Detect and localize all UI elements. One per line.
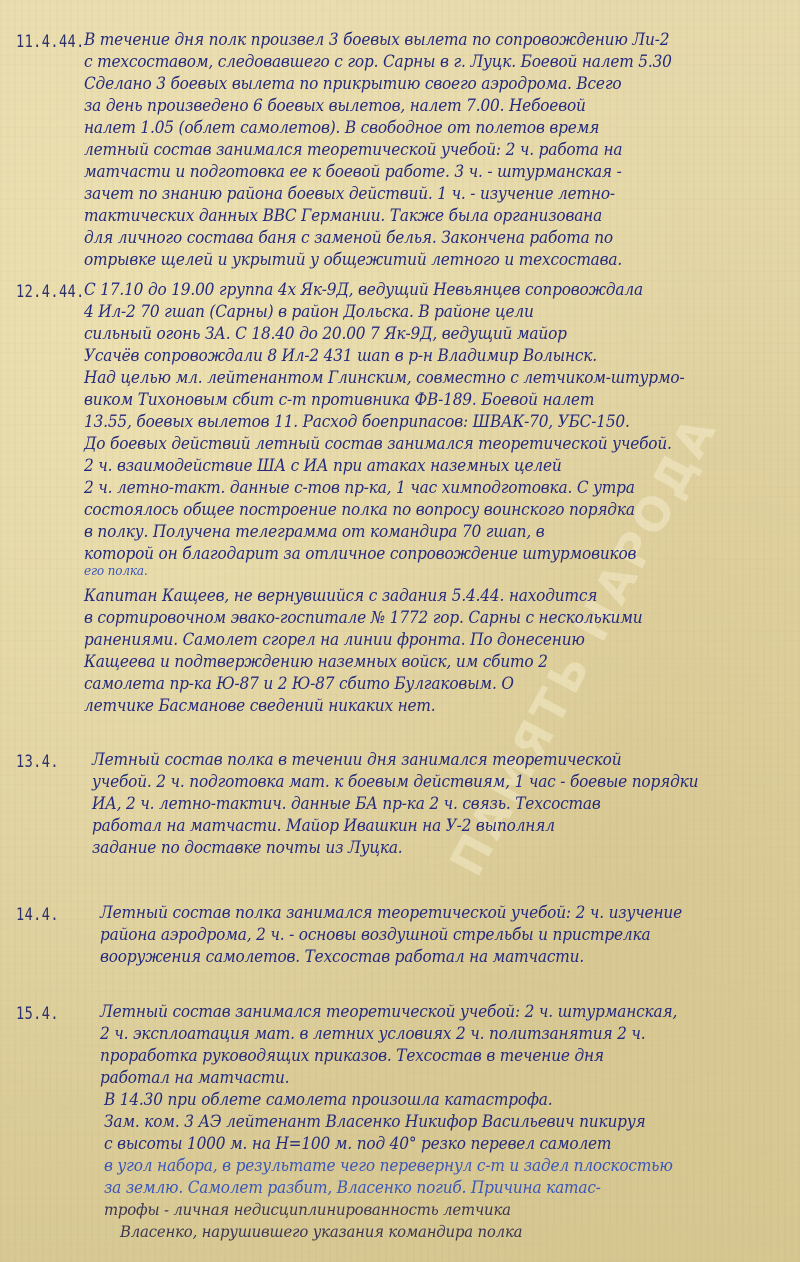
entry-line: До боевых действий летный состав занимал… <box>84 434 672 453</box>
entry-date: 13.4. <box>16 752 59 772</box>
entry-line: виком Тихоновым сбит с-т противника ФВ-1… <box>84 390 594 409</box>
entry-line: трофы - личная недисциплинированность ле… <box>104 1200 511 1219</box>
entry-line: матчасти и подготовка ее к боевой работе… <box>84 162 622 181</box>
entry-line: которой он благодарит за отличное сопров… <box>84 544 636 563</box>
entry-line: Летный состав полка занимался теоретичес… <box>100 903 682 922</box>
entry-line: 2 ч. летно-такт. данные с-тов пр-ка, 1 ч… <box>84 478 635 497</box>
entry-line: с высоты 1000 м. на Н=100 м. под 40° рез… <box>104 1134 611 1153</box>
entry-line: в сортировочном эвако-госпитале № 1772 г… <box>84 608 642 627</box>
entry-line: для личного состава баня с заменой белья… <box>84 228 613 247</box>
entry-line: в угол набора, в результате чего перевер… <box>104 1156 673 1175</box>
entry-line: района аэродрома, 2 ч. - основы воздушно… <box>100 925 650 944</box>
entry-line: 2 ч. эксплоатация мат. в летних условиях… <box>100 1024 645 1043</box>
entry-date: 12.4.44. <box>16 282 85 302</box>
entry-line: ИА, 2 ч. летно-тактич. данные БА пр-ка 2… <box>92 794 601 813</box>
entry-date: 11.4.44. <box>16 32 85 52</box>
entry-line: Сделано 3 боевых вылета по прикрытию сво… <box>84 74 621 93</box>
entry-line: налет 1.05 (облет самолетов). В свободно… <box>84 118 599 137</box>
entry-date: 14.4. <box>16 905 59 925</box>
entry-line: задание по доставке почты из Луцка. <box>92 838 402 857</box>
entry-line: Кащеева и подтверждению наземных войск, … <box>84 652 548 671</box>
entry-line: Над целью мл. лейтенантом Глинским, совм… <box>84 368 684 387</box>
entry-line: 2 ч. взаимодействие ША с ИА при атаках н… <box>84 456 562 475</box>
entry-line: работал на матчасти. Майор Ивашкин на У-… <box>92 816 555 835</box>
entry-line: самолета пр-ка Ю-87 и 2 Ю-87 сбито Булга… <box>84 674 514 693</box>
entry-line: тактических данных ВВС Германии. Также б… <box>84 206 602 225</box>
entry-line: в полку. Получена телеграмма от командир… <box>84 522 545 541</box>
entry-line: Усачёв сопровождали 8 Ил-2 431 шап в р-н… <box>84 346 597 365</box>
entry-line: 13.55, боевых вылетов 11. Расход боеприп… <box>84 412 630 431</box>
entry-line: за день произведено 6 боевых вылетов, на… <box>84 96 586 115</box>
entry-line: Летный состав полка в течении дня занима… <box>92 750 621 769</box>
entry-line: В течение дня полк произвел 3 боевых выл… <box>84 30 669 49</box>
entry-line: его полка. <box>84 564 148 579</box>
entry-line: Власенко, нарушившего указания командира… <box>120 1222 522 1241</box>
entry-line: С 17.10 до 19.00 группа 4х Як-9Д, ведущи… <box>84 280 643 299</box>
entry-line: ранениями. Самолет сгорел на линии фронт… <box>84 630 585 649</box>
entry-line: отрывке щелей и укрытий у общежитий летн… <box>84 250 622 269</box>
entry-date: 15.4. <box>16 1004 59 1024</box>
entry-line: летчике Басманове сведений никаких нет. <box>84 696 435 715</box>
entry-line: сильный огонь ЗА. С 18.40 до 20.00 7 Як-… <box>84 324 567 343</box>
entry-line: Летный состав занимался теоретической уч… <box>100 1002 677 1021</box>
entry-line: за землю. Самолет разбит, Власенко погиб… <box>104 1178 601 1197</box>
entry-line: вооружения самолетов. Техсостав работал … <box>100 947 584 966</box>
entry-line: проработка руководящих приказов. Техсост… <box>100 1046 604 1065</box>
entry-line: Капитан Кащеев, не вернувшийся с задания… <box>84 586 597 605</box>
entry-line: состоялось общее построение полка по воп… <box>84 500 635 519</box>
entry-line: учебой. 2 ч. подготовка мат. к боевым де… <box>92 772 698 791</box>
entry-line: Зам. ком. 3 АЭ лейтенант Власенко Никифо… <box>104 1112 646 1131</box>
entry-line: зачет по знанию района боевых действий. … <box>84 184 615 203</box>
entry-line: с техсоставом, следовавшего с гор. Сарны… <box>84 52 672 71</box>
entry-line: работал на матчасти. <box>100 1068 289 1087</box>
entry-line: 4 Ил-2 70 гшап (Сарны) в район Дольска. … <box>84 302 534 321</box>
entry-line: летный состав занимался теоретической уч… <box>84 140 622 159</box>
entry-line: В 14.30 при облете самолета произошла ка… <box>104 1090 552 1109</box>
